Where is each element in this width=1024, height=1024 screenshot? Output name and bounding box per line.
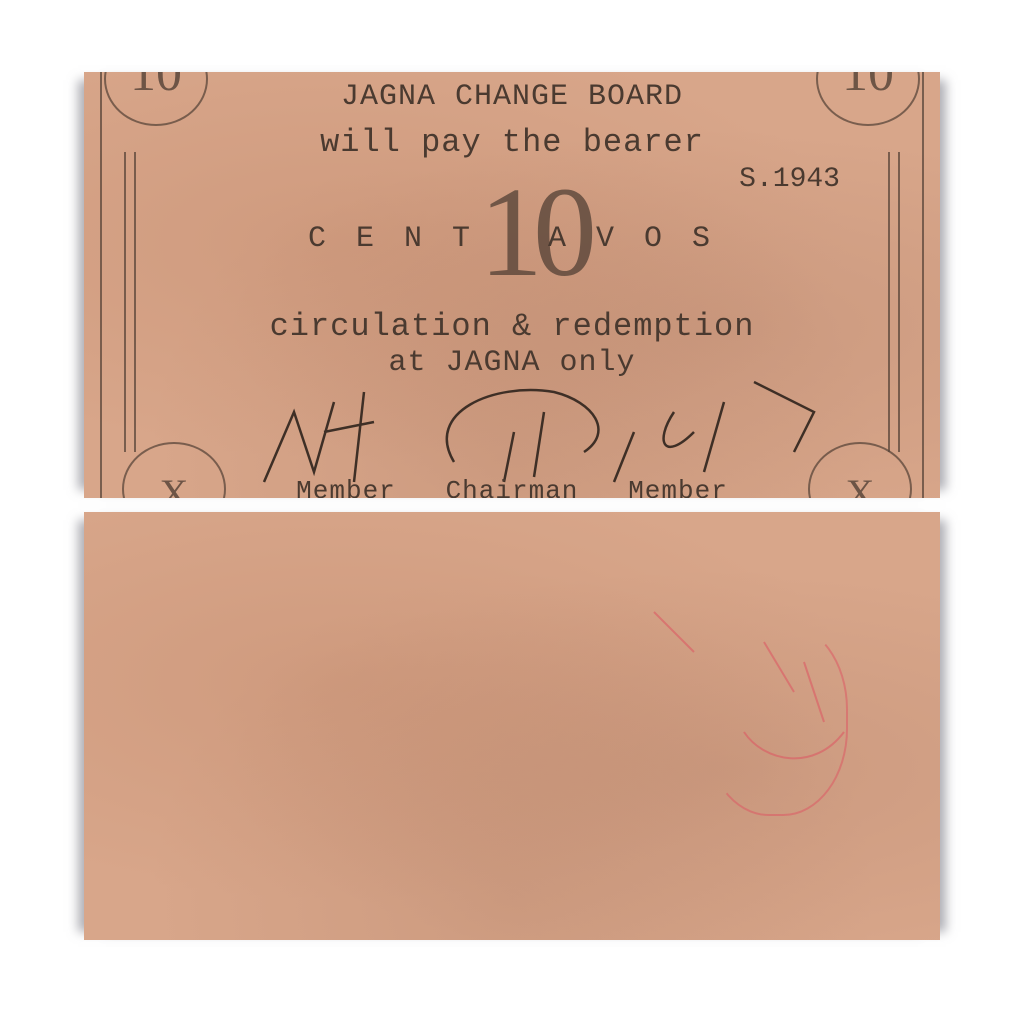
frame-line [134,152,136,452]
frame-line [888,152,890,452]
frame-line [124,152,126,452]
denomination-word: C E N T A V O S [84,222,940,256]
frame-line [898,152,900,452]
banknote-back [84,512,940,940]
red-handwriting [644,602,884,802]
bearer-promise: will pay the bearer [84,124,940,161]
restriction-line-1: circulation & redemption [84,308,940,345]
issuer-name: JAGNA CHANGE BOARD [84,80,940,114]
signatures [254,372,874,492]
signature-titles: Member Chairman Member [84,476,940,498]
series-year: S.1943 [739,164,840,195]
banknote-front: 10 10 X X JAGNA CHANGE BOARD will pay th… [84,72,940,498]
